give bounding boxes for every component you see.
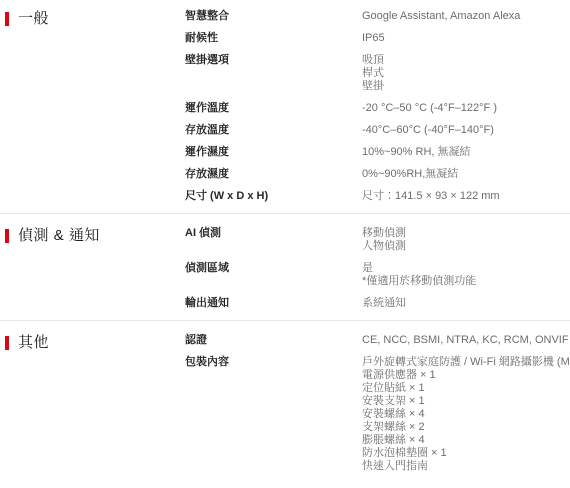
spec-value-line: 膨脹螺絲 × 4 [362, 434, 570, 447]
spec-row: 偵測區域是*僅適用於移動偵測功能 [185, 262, 570, 288]
spec-row: 智慧整合Google Assistant, Amazon Alexa [185, 10, 570, 23]
spec-row-label: 存放濕度 [185, 168, 362, 181]
spec-value-line: 是 [362, 262, 570, 275]
spec-row-values: IP65 [362, 32, 570, 45]
spec-value-line: IP65 [362, 32, 570, 45]
spec-value-line: 10%~90% RH, 無凝結 [362, 146, 570, 159]
spec-row-values: CE, NCC, BSMI, NTRA, KC, RCM, ONVIF [362, 334, 570, 347]
section-title: 偵測 & 通知 [18, 227, 100, 245]
spec-value-line: 快速入門指南 [362, 460, 570, 473]
spec-row-label: 輸出通知 [185, 297, 362, 310]
spec-row: 尺寸 (W x D x H)尺寸：141.5 × 93 × 122 mm [185, 190, 570, 203]
spec-row-label: AI 偵測 [185, 227, 362, 240]
spec-row-values: 系統通知 [362, 297, 570, 310]
spec-value-line: 系統通知 [362, 297, 570, 310]
spec-value-line: 尺寸：141.5 × 93 × 122 mm [362, 190, 570, 203]
spec-value-line: 移動偵測 [362, 227, 570, 240]
spec-row-label: 偵測區域 [185, 262, 362, 275]
spec-row-values: 戶外旋轉式家庭防護 / Wi-Fi 網路攝影機 (MC500) × 1電源供應器… [362, 356, 570, 473]
spec-value-line: 定位貼紙 × 1 [362, 382, 570, 395]
spec-value-line: CE, NCC, BSMI, NTRA, KC, RCM, ONVIF [362, 334, 570, 347]
spec-row-label: 運作溫度 [185, 102, 362, 115]
spec-value-line: -20 °C–50 °C (-4°F–122°F ) [362, 102, 570, 115]
spec-value-line: 0%~90%RH,無凝結 [362, 168, 570, 181]
spec-value-line: 安裝支架 × 1 [362, 395, 570, 408]
spec-value-line: 支架螺絲 × 2 [362, 421, 570, 434]
spec-value-line: 吸頂 [362, 54, 570, 67]
spec-value-line: 壁掛 [362, 80, 570, 93]
spec-row-values: -40°C–60°C (-40°F–140°F) [362, 124, 570, 137]
section-accent-bar-icon [5, 336, 9, 350]
spec-row-values: 尺寸：141.5 × 93 × 122 mm [362, 190, 570, 203]
spec-row: 存放濕度0%~90%RH,無凝結 [185, 168, 570, 181]
spec-row: 運作溫度-20 °C–50 °C (-4°F–122°F ) [185, 102, 570, 115]
section-title-column: 偵測 & 通知 [0, 227, 185, 245]
spec-row-label: 尺寸 (W x D x H) [185, 190, 362, 203]
spec-row-label: 運作濕度 [185, 146, 362, 159]
spec-row: 包裝內容戶外旋轉式家庭防護 / Wi-Fi 網路攝影機 (MC500) × 1電… [185, 356, 570, 473]
spec-row-values: -20 °C–50 °C (-4°F–122°F ) [362, 102, 570, 115]
section-accent-bar-icon [5, 229, 9, 243]
spec-value-line: Google Assistant, Amazon Alexa [362, 10, 570, 23]
section-title: 其他 [18, 334, 49, 352]
spec-value-line: -40°C–60°C (-40°F–140°F) [362, 124, 570, 137]
spec-section: 一般智慧整合Google Assistant, Amazon Alexa耐候性I… [0, 0, 570, 213]
spec-row-label: 認證 [185, 334, 362, 347]
spec-row: 存放溫度-40°C–60°C (-40°F–140°F) [185, 124, 570, 137]
spec-value-line: 人物偵測 [362, 240, 570, 253]
spec-value-line: 電源供應器 × 1 [362, 369, 570, 382]
spec-row-values: 吸頂桿式壁掛 [362, 54, 570, 93]
spec-row: 運作濕度10%~90% RH, 無凝結 [185, 146, 570, 159]
spec-row: 耐候性IP65 [185, 32, 570, 45]
spec-row-values: 10%~90% RH, 無凝結 [362, 146, 570, 159]
spec-value-line: 戶外旋轉式家庭防護 / Wi-Fi 網路攝影機 (MC500) × 1 [362, 356, 570, 369]
spec-row-label: 存放溫度 [185, 124, 362, 137]
spec-row-label: 包裝內容 [185, 356, 362, 369]
spec-value-line: *僅適用於移動偵測功能 [362, 275, 570, 288]
spec-row-values: Google Assistant, Amazon Alexa [362, 10, 570, 23]
spec-row-values: 0%~90%RH,無凝結 [362, 168, 570, 181]
spec-row: 壁掛選項吸頂桿式壁掛 [185, 54, 570, 93]
section-title-column: 一般 [0, 10, 185, 28]
spec-section: 偵測 & 通知AI 偵測移動偵測人物偵測偵測區域是*僅適用於移動偵測功能輸出通知… [0, 213, 570, 320]
section-title-column: 其他 [0, 334, 185, 352]
spec-value-line: 防水泡棉墊圈 × 1 [362, 447, 570, 460]
section-rows: 智慧整合Google Assistant, Amazon Alexa耐候性IP6… [185, 10, 570, 203]
spec-row: 認證CE, NCC, BSMI, NTRA, KC, RCM, ONVIF [185, 334, 570, 347]
spec-row-label: 智慧整合 [185, 10, 362, 23]
section-rows: AI 偵測移動偵測人物偵測偵測區域是*僅適用於移動偵測功能輸出通知系統通知 [185, 227, 570, 310]
spec-row-values: 移動偵測人物偵測 [362, 227, 570, 253]
spec-section: 其他認證CE, NCC, BSMI, NTRA, KC, RCM, ONVIF包… [0, 320, 570, 483]
spec-value-line: 安裝螺絲 × 4 [362, 408, 570, 421]
section-accent-bar-icon [5, 12, 9, 26]
spec-row: AI 偵測移動偵測人物偵測 [185, 227, 570, 253]
spec-row-values: 是*僅適用於移動偵測功能 [362, 262, 570, 288]
spec-value-line: 桿式 [362, 67, 570, 80]
spec-table: 一般智慧整合Google Assistant, Amazon Alexa耐候性I… [0, 0, 570, 488]
section-title: 一般 [18, 10, 49, 28]
spec-row-label: 壁掛選項 [185, 54, 362, 67]
spec-row-label: 耐候性 [185, 32, 362, 45]
spec-row: 輸出通知系統通知 [185, 297, 570, 310]
section-rows: 認證CE, NCC, BSMI, NTRA, KC, RCM, ONVIF包裝內… [185, 334, 570, 473]
